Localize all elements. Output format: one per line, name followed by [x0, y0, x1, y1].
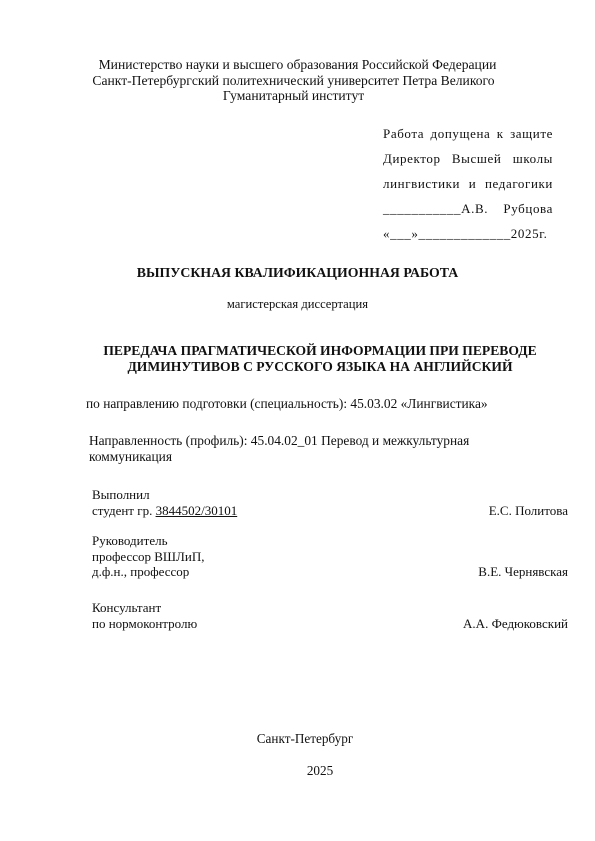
author-role: Выполнил: [92, 487, 568, 503]
study-direction: по направлению подготовки (специальность…: [86, 396, 488, 412]
approval-signature-line: ___________А.В. Рубцова: [383, 196, 553, 221]
approval-date-line: «___»_____________2025г.: [383, 221, 553, 246]
consultant-area: по нормоконтролю: [92, 616, 197, 632]
consultant-role: Консультант: [92, 600, 568, 616]
supervisor-name: В.Е. Чернявская: [478, 564, 568, 580]
approval-director-line: Директор Высшей школы: [383, 146, 553, 171]
author-group: студент гр. 3844502/30101: [92, 503, 237, 519]
author-name: Е.С. Политова: [489, 503, 568, 519]
university-line: Санкт-Петербургский политехнический унив…: [0, 73, 591, 89]
topic-line: ДИМИНУТИВОВ С РУССКОГО ЯЗЫКА НА АНГЛИЙСК…: [0, 359, 595, 375]
topic-line: ПЕРЕДАЧА ПРАГМАТИЧЕСКОЙ ИНФОРМАЦИИ ПРИ П…: [0, 343, 595, 359]
profile-line: коммуникация: [89, 449, 469, 465]
approval-school-line: лингвистики и педагогики: [383, 171, 553, 196]
approval-line: Работа допущена к защите: [383, 121, 553, 146]
year: 2025: [0, 763, 595, 779]
consultant-signature: Консультант по нормоконтролю А.А. Федюко…: [92, 600, 568, 631]
approval-block: Работа допущена к защите Директор Высшей…: [383, 121, 553, 246]
consultant-name: А.А. Федюковский: [463, 616, 568, 632]
thesis-topic: ПЕРЕДАЧА ПРАГМАТИЧЕСКОЙ ИНФОРМАЦИИ ПРИ П…: [0, 343, 595, 374]
profile-line: Направленность (профиль): 45.04.02_01 Пе…: [89, 433, 469, 449]
document-title: ВЫПУСКНАЯ КВАЛИФИКАЦИОННАЯ РАБОТА: [0, 265, 595, 281]
institute-line: Гуманитарный институт: [0, 88, 591, 104]
institution-header: Министерство науки и высшего образования…: [0, 57, 595, 104]
study-profile: Направленность (профиль): 45.04.02_01 Пе…: [89, 433, 469, 464]
document-subtitle: магистерская диссертация: [0, 297, 595, 312]
supervisor-signature: Руководитель профессор ВШЛиП, д.ф.н., пр…: [92, 533, 568, 580]
city: Санкт-Петербург: [0, 731, 595, 747]
supervisor-role: Руководитель: [92, 533, 568, 549]
group-number: 3844502/30101: [156, 503, 238, 518]
supervisor-position: профессор ВШЛиП,: [92, 549, 568, 565]
supervisor-degree: д.ф.н., профессор: [92, 564, 189, 580]
author-signature: Выполнил студент гр. 3844502/30101 Е.С. …: [92, 487, 568, 518]
ministry-line: Министерство науки и высшего образования…: [0, 57, 595, 73]
